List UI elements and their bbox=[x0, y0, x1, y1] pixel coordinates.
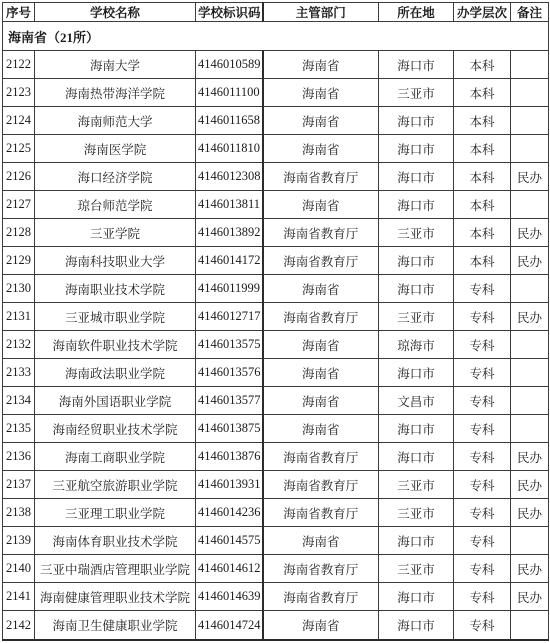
column-header-code: 学校标识码 bbox=[196, 3, 263, 22]
cell-level: 本科 bbox=[454, 135, 511, 163]
school-list-table: 序号 学校名称 学校标识码 主管部门 所在地 办学层次 备注 海南省（21所） … bbox=[2, 2, 549, 641]
cell-id: 2124 bbox=[3, 107, 35, 135]
cell-code: 4146014172 bbox=[196, 247, 263, 275]
cell-code: 4146010589 bbox=[196, 51, 263, 79]
cell-name: 琼台师范学院 bbox=[35, 191, 196, 219]
cell-name: 海南外国语职业学院 bbox=[35, 387, 196, 415]
cell-name: 海南师范大学 bbox=[35, 107, 196, 135]
cell-name: 海南健康管理职业技术学院 bbox=[35, 583, 196, 611]
cell-city: 海口市 bbox=[379, 415, 454, 443]
cell-name: 海南医学院 bbox=[35, 135, 196, 163]
cell-id: 2142 bbox=[3, 611, 35, 640]
cell-city: 海口市 bbox=[379, 163, 454, 191]
cell-name: 海口经济学院 bbox=[35, 163, 196, 191]
cell-level: 专科 bbox=[454, 471, 511, 499]
cell-city: 三亚市 bbox=[379, 555, 454, 583]
cell-code: 4146013876 bbox=[196, 443, 263, 471]
cell-name: 海南政法职业学院 bbox=[35, 359, 196, 387]
cell-name: 海南大学 bbox=[35, 51, 196, 79]
cell-name: 三亚学院 bbox=[35, 219, 196, 247]
column-header-dept: 主管部门 bbox=[263, 3, 379, 22]
cell-id: 2123 bbox=[3, 79, 35, 107]
cell-city: 三亚市 bbox=[379, 471, 454, 499]
cell-note: 民办 bbox=[511, 499, 549, 527]
table-row: 2139海南体育职业技术学院4146014575海南省海口市专科 bbox=[3, 527, 549, 555]
cell-id: 2130 bbox=[3, 275, 35, 303]
cell-dept: 海南省 bbox=[263, 611, 379, 640]
cell-dept: 海南省教育厅 bbox=[263, 583, 379, 611]
cell-level: 本科 bbox=[454, 163, 511, 191]
column-header-name: 学校名称 bbox=[35, 3, 196, 22]
cell-id: 2131 bbox=[3, 303, 35, 331]
cell-level: 专科 bbox=[454, 359, 511, 387]
cell-code: 4146013576 bbox=[196, 359, 263, 387]
cell-code: 4146013892 bbox=[196, 219, 263, 247]
cell-note: 民办 bbox=[511, 247, 549, 275]
cell-code: 4146014724 bbox=[196, 611, 263, 640]
cell-level: 本科 bbox=[454, 219, 511, 247]
cell-code: 4146011658 bbox=[196, 107, 263, 135]
cell-code: 4146013575 bbox=[196, 331, 263, 359]
cell-dept: 海南省 bbox=[263, 359, 379, 387]
cell-id: 2141 bbox=[3, 583, 35, 611]
column-header-level: 办学层次 bbox=[454, 3, 511, 22]
cell-level: 本科 bbox=[454, 51, 511, 79]
cell-note: 民办 bbox=[511, 163, 549, 191]
cell-note bbox=[511, 415, 549, 443]
cell-name: 海南软件职业技术学院 bbox=[35, 331, 196, 359]
cell-level: 专科 bbox=[454, 387, 511, 415]
table-row: 2133海南政法职业学院4146013576海南省海口市专科 bbox=[3, 359, 549, 387]
cell-city: 海口市 bbox=[379, 359, 454, 387]
cell-dept: 海南省 bbox=[263, 191, 379, 219]
cell-city: 文昌市 bbox=[379, 387, 454, 415]
cell-id: 2127 bbox=[3, 191, 35, 219]
cell-id: 2133 bbox=[3, 359, 35, 387]
cell-note: 民办 bbox=[511, 555, 549, 583]
cell-code: 4146014612 bbox=[196, 555, 263, 583]
cell-level: 本科 bbox=[454, 247, 511, 275]
cell-code: 4146014575 bbox=[196, 527, 263, 555]
column-header-city: 所在地 bbox=[379, 3, 454, 22]
table-row: 2125海南医学院4146011810海南省海口市本科 bbox=[3, 135, 549, 163]
cell-level: 专科 bbox=[454, 275, 511, 303]
cell-name: 海南经贸职业技术学院 bbox=[35, 415, 196, 443]
table-row: 2129海南科技职业大学4146014172海南省教育厅海口市本科民办 bbox=[3, 247, 549, 275]
cell-level: 专科 bbox=[454, 611, 511, 640]
cell-dept: 海南省教育厅 bbox=[263, 499, 379, 527]
cell-level: 专科 bbox=[454, 303, 511, 331]
cell-note bbox=[511, 611, 549, 640]
cell-city: 海口市 bbox=[379, 275, 454, 303]
cell-id: 2125 bbox=[3, 135, 35, 163]
cell-city: 三亚市 bbox=[379, 219, 454, 247]
cell-name: 海南职业技术学院 bbox=[35, 275, 196, 303]
cell-id: 2126 bbox=[3, 163, 35, 191]
cell-level: 专科 bbox=[454, 555, 511, 583]
cell-dept: 海南省教育厅 bbox=[263, 555, 379, 583]
cell-dept: 海南省 bbox=[263, 107, 379, 135]
cell-level: 专科 bbox=[454, 499, 511, 527]
cell-code: 4146011999 bbox=[196, 275, 263, 303]
cell-id: 2138 bbox=[3, 499, 35, 527]
cell-id: 2129 bbox=[3, 247, 35, 275]
cell-name: 三亚城市职业学院 bbox=[35, 303, 196, 331]
cell-note bbox=[511, 331, 549, 359]
cell-city: 海口市 bbox=[379, 443, 454, 471]
cell-name: 海南热带海洋学院 bbox=[35, 79, 196, 107]
table-row: 2128三亚学院4146013892海南省教育厅三亚市本科民办 bbox=[3, 219, 549, 247]
cell-level: 本科 bbox=[454, 191, 511, 219]
cell-id: 2128 bbox=[3, 219, 35, 247]
cell-note: 民办 bbox=[511, 219, 549, 247]
cell-dept: 海南省 bbox=[263, 415, 379, 443]
cell-dept: 海南省教育厅 bbox=[263, 219, 379, 247]
cell-city: 三亚市 bbox=[379, 79, 454, 107]
cell-code: 4146014639 bbox=[196, 583, 263, 611]
table-row: 2141海南健康管理职业技术学院4146014639海南省教育厅海口市专科民办 bbox=[3, 583, 549, 611]
cell-note bbox=[511, 51, 549, 79]
cell-level: 本科 bbox=[454, 79, 511, 107]
school-list-page: 序号 学校名称 学校标识码 主管部门 所在地 办学层次 备注 海南省（21所） … bbox=[0, 0, 550, 641]
cell-code: 4146012308 bbox=[196, 163, 263, 191]
cell-level: 专科 bbox=[454, 415, 511, 443]
cell-name: 三亚航空旅游职业学院 bbox=[35, 471, 196, 499]
cell-city: 三亚市 bbox=[379, 499, 454, 527]
table-row: 2135海南经贸职业技术学院4146013875海南省海口市专科 bbox=[3, 415, 549, 443]
cell-code: 4146013875 bbox=[196, 415, 263, 443]
cell-city: 海口市 bbox=[379, 107, 454, 135]
cell-note bbox=[511, 79, 549, 107]
cell-note bbox=[511, 275, 549, 303]
cell-level: 本科 bbox=[454, 107, 511, 135]
table-row: 2132海南软件职业技术学院4146013575海南省琼海市专科 bbox=[3, 331, 549, 359]
table-row: 2136海南工商职业学院4146013876海南省教育厅海口市专科民办 bbox=[3, 443, 549, 471]
cell-code: 4146013811 bbox=[196, 191, 263, 219]
cell-dept: 海南省 bbox=[263, 79, 379, 107]
cell-note bbox=[511, 387, 549, 415]
table-row: 2123海南热带海洋学院4146011100海南省三亚市本科 bbox=[3, 79, 549, 107]
table-row: 2124海南师范大学4146011658海南省海口市本科 bbox=[3, 107, 549, 135]
cell-dept: 海南省 bbox=[263, 527, 379, 555]
table-row: 2130海南职业技术学院4146011999海南省海口市专科 bbox=[3, 275, 549, 303]
cell-dept: 海南省 bbox=[263, 331, 379, 359]
cell-code: 4146013931 bbox=[196, 471, 263, 499]
cell-city: 琼海市 bbox=[379, 331, 454, 359]
table-row: 2140三亚中瑞酒店管理职业学院4146014612海南省教育厅三亚市专科民办 bbox=[3, 555, 549, 583]
cell-dept: 海南省教育厅 bbox=[263, 163, 379, 191]
cell-dept: 海南省 bbox=[263, 51, 379, 79]
cell-city: 三亚市 bbox=[379, 303, 454, 331]
cell-id: 2140 bbox=[3, 555, 35, 583]
section-row: 海南省（21所） bbox=[3, 22, 549, 51]
cell-code: 4146012717 bbox=[196, 303, 263, 331]
cell-id: 2135 bbox=[3, 415, 35, 443]
cell-dept: 海南省 bbox=[263, 387, 379, 415]
table-row: 2142海南卫生健康职业学院4146014724海南省海口市专科 bbox=[3, 611, 549, 640]
table-row: 2122海南大学4146010589海南省海口市本科 bbox=[3, 51, 549, 79]
cell-city: 海口市 bbox=[379, 583, 454, 611]
table-row: 2127琼台师范学院4146013811海南省海口市本科 bbox=[3, 191, 549, 219]
cell-id: 2139 bbox=[3, 527, 35, 555]
cell-level: 专科 bbox=[454, 443, 511, 471]
column-header-id: 序号 bbox=[3, 3, 35, 22]
cell-code: 4146013577 bbox=[196, 387, 263, 415]
cell-note bbox=[511, 107, 549, 135]
cell-note bbox=[511, 527, 549, 555]
cell-id: 2134 bbox=[3, 387, 35, 415]
cell-city: 海口市 bbox=[379, 527, 454, 555]
cell-code: 4146011810 bbox=[196, 135, 263, 163]
cell-city: 海口市 bbox=[379, 51, 454, 79]
header-row: 序号 学校名称 学校标识码 主管部门 所在地 办学层次 备注 bbox=[3, 3, 549, 22]
cell-note: 民办 bbox=[511, 443, 549, 471]
cell-level: 专科 bbox=[454, 527, 511, 555]
cell-id: 2132 bbox=[3, 331, 35, 359]
cell-code: 4146014236 bbox=[196, 499, 263, 527]
cell-dept: 海南省 bbox=[263, 135, 379, 163]
cell-name: 海南体育职业技术学院 bbox=[35, 527, 196, 555]
section-label: 海南省（21所） bbox=[3, 22, 549, 51]
cell-name: 海南卫生健康职业学院 bbox=[35, 611, 196, 640]
cell-dept: 海南省教育厅 bbox=[263, 303, 379, 331]
cell-dept: 海南省 bbox=[263, 275, 379, 303]
cell-dept: 海南省教育厅 bbox=[263, 443, 379, 471]
cell-name: 三亚理工职业学院 bbox=[35, 499, 196, 527]
table-row: 2134海南外国语职业学院4146013577海南省文昌市专科 bbox=[3, 387, 549, 415]
cell-id: 2122 bbox=[3, 51, 35, 79]
cell-note bbox=[511, 135, 549, 163]
cell-level: 专科 bbox=[454, 331, 511, 359]
cell-name: 三亚中瑞酒店管理职业学院 bbox=[35, 555, 196, 583]
cell-name: 海南科技职业大学 bbox=[35, 247, 196, 275]
table-row: 2126海口经济学院4146012308海南省教育厅海口市本科民办 bbox=[3, 163, 549, 191]
cell-city: 海口市 bbox=[379, 191, 454, 219]
cell-name: 海南工商职业学院 bbox=[35, 443, 196, 471]
cell-city: 海口市 bbox=[379, 135, 454, 163]
cell-note: 民办 bbox=[511, 583, 549, 611]
cell-level: 专科 bbox=[454, 583, 511, 611]
cell-id: 2137 bbox=[3, 471, 35, 499]
cell-dept: 海南省教育厅 bbox=[263, 471, 379, 499]
table-row: 2137三亚航空旅游职业学院4146013931海南省教育厅三亚市专科民办 bbox=[3, 471, 549, 499]
cell-dept: 海南省教育厅 bbox=[263, 247, 379, 275]
cell-code: 4146011100 bbox=[196, 79, 263, 107]
cell-note: 民办 bbox=[511, 471, 549, 499]
cell-note bbox=[511, 191, 549, 219]
cell-city: 海口市 bbox=[379, 611, 454, 640]
table-row: 2138三亚理工职业学院4146014236海南省教育厅三亚市专科民办 bbox=[3, 499, 549, 527]
cell-city: 海口市 bbox=[379, 247, 454, 275]
cell-note bbox=[511, 359, 549, 387]
column-header-note: 备注 bbox=[511, 3, 549, 22]
cell-note: 民办 bbox=[511, 303, 549, 331]
cell-id: 2136 bbox=[3, 443, 35, 471]
table-row: 2131三亚城市职业学院4146012717海南省教育厅三亚市专科民办 bbox=[3, 303, 549, 331]
